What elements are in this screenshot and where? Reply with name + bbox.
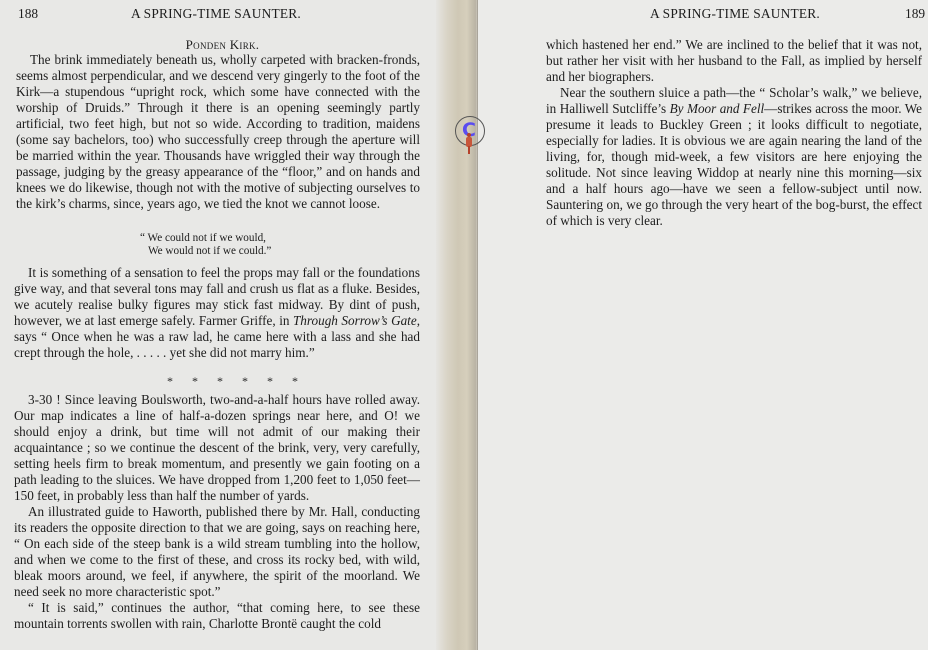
book-title-italic: By Moor and Fell	[670, 101, 765, 116]
page-number-left: 188	[18, 6, 38, 22]
paragraph-text: —strikes across the moor. We presume it …	[546, 101, 922, 228]
paragraph-sensation: It is something of a sensation to feel t…	[14, 265, 420, 361]
cursor-figure-icon	[466, 133, 472, 155]
section-break-asterisks: * * * * * *	[0, 374, 445, 389]
paragraph-ponden-kirk: The brink immediately beneath us, wholly…	[16, 52, 420, 212]
verse-line-1: “ We could not if we would,	[140, 232, 271, 245]
book-gutter	[436, 0, 480, 650]
body-text-block-right: which hastened her end.” We are inclined…	[546, 37, 922, 229]
paragraph-it-is-said: “ It is said,” continues the author, “th…	[14, 600, 420, 632]
body-text-block-3: 3-30 ! Since leaving Boulsworth, two-and…	[14, 392, 420, 632]
book-title-italic: Through Sorrow’s Gate	[293, 313, 417, 328]
body-text-block-2: It is something of a sensation to feel t…	[14, 265, 420, 361]
paragraph-hastened-end: which hastened her end.” We are inclined…	[546, 37, 922, 85]
section-title: Ponden Kirk.	[0, 37, 445, 53]
left-page: 188 A SPRING-TIME SAUNTER. Ponden Kirk. …	[0, 0, 445, 650]
body-text-block-1: The brink immediately beneath us, wholly…	[16, 52, 420, 212]
verse-line-2: We would not if we could.”	[140, 245, 271, 258]
running-head-left: A SPRING-TIME SAUNTER.	[131, 6, 301, 22]
paragraph-illustrated-guide: An illustrated guide to Haworth, publish…	[14, 504, 420, 600]
verse-quote: “ We could not if we would, We would not…	[140, 232, 271, 258]
running-head-right: A SPRING-TIME SAUNTER.	[650, 6, 820, 22]
paragraph-3-30: 3-30 ! Since leaving Boulsworth, two-and…	[14, 392, 420, 504]
page-number-right: 189	[905, 6, 925, 22]
paragraph-southern-sluice: Near the southern sluice a path—the “ Sc…	[546, 85, 922, 229]
right-page: A SPRING-TIME SAUNTER. 189 which hastene…	[478, 0, 928, 650]
